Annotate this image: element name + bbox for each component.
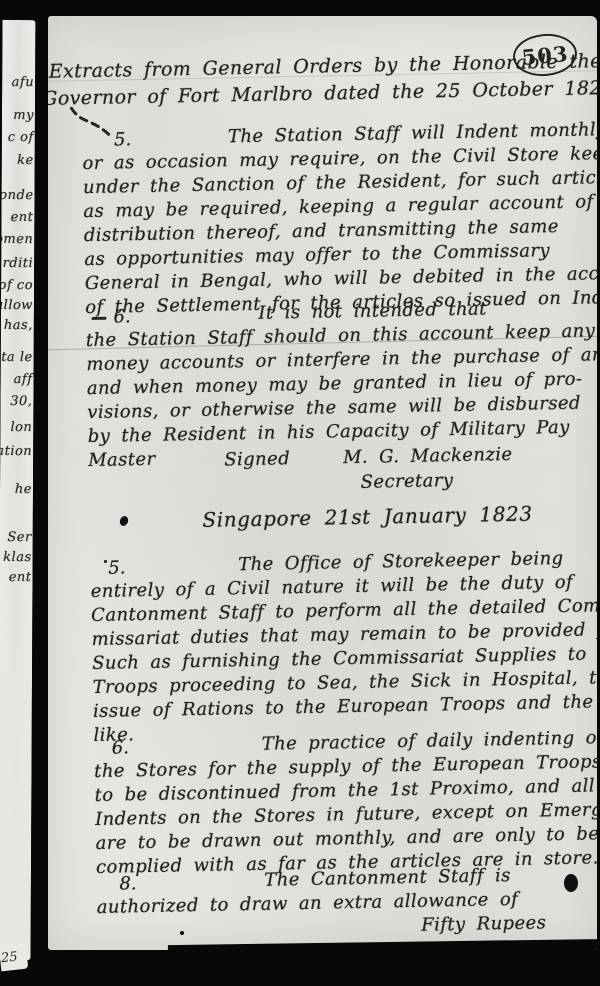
signature-title: Secretary — [360, 467, 597, 493]
margin-text-fragment: has, — [4, 318, 33, 333]
margin-text-fragment: afu — [12, 75, 35, 90]
signature-block: Signed M. G. Mackenzie Secretary — [54, 442, 597, 499]
margin-text-fragment: c of — [8, 130, 34, 145]
dateline: Singapore 21st January 1823 — [202, 502, 533, 532]
margin-text-fragment: he — [15, 482, 32, 497]
ink-speck — [180, 931, 184, 935]
margin-text-fragment: tation — [0, 444, 32, 459]
margin-text-fragment: ent — [11, 210, 34, 225]
paragraph-1823-5: 5. The Office of Storekeeper being entir… — [56, 546, 597, 748]
ink-dash — [91, 317, 106, 320]
paragraph-1821-5: 5. The Station Staff will Indent monthly… — [48, 118, 597, 320]
text-line: Fifty Rupees — [421, 910, 597, 938]
margin-text-fragment: aff — [14, 372, 33, 387]
paragraph-marker: 8. — [119, 873, 137, 894]
paragraph-marker: 5. — [108, 557, 126, 578]
manuscript-page: 503 Extracts from General Orders by the … — [48, 16, 597, 950]
margin-text-fragment: rditi — [3, 256, 34, 271]
margin-text-fragment: of co — [0, 278, 33, 293]
ink-blot — [564, 874, 578, 892]
margin-text-fragment: my — [13, 108, 34, 123]
margin-text-fragment: lon — [10, 420, 32, 435]
paragraph-marker: 5. — [114, 129, 132, 150]
paragraph-1823-6: 6. The practice of daily indenting on th… — [60, 726, 597, 880]
margin-text-fragment: allow — [0, 298, 33, 313]
margin-text-fragment: Ser — [7, 530, 31, 545]
document-header: Extracts from General Orders by the Hono… — [48, 48, 596, 113]
margin-text-fragment: homen — [0, 232, 33, 247]
corner-page-fragment: 25 — [0, 943, 28, 972]
handwritten-text: Extracts from General Orders by the Hono… — [48, 16, 597, 950]
margin-text-fragment: ta le — [1, 350, 33, 365]
margin-text-fragment: klas — [3, 550, 32, 565]
margin-text-fragment: 30, — [10, 394, 32, 409]
signed-label: Signed — [224, 448, 290, 470]
margin-text-fragment: ent — [9, 570, 32, 585]
margin-text-fragment: ke — [17, 153, 34, 168]
margin-text-fragment: Conde — [0, 188, 34, 203]
corner-number: 25 — [0, 949, 18, 966]
previous-page-edge: afu my c of ke Conde ent homen rditi of … — [0, 20, 35, 960]
scan-background: { "doc": { "page_number": "503", "header… — [0, 0, 600, 986]
paragraph-marker: 6. — [113, 306, 131, 327]
paragraph-marker: 6. — [112, 737, 130, 758]
signature-name: M. G. Mackenzie — [343, 444, 513, 468]
paragraph-1823-8: 8. The Cantonment Staff is authorized to… — [62, 862, 597, 944]
ink-speck — [104, 560, 107, 563]
